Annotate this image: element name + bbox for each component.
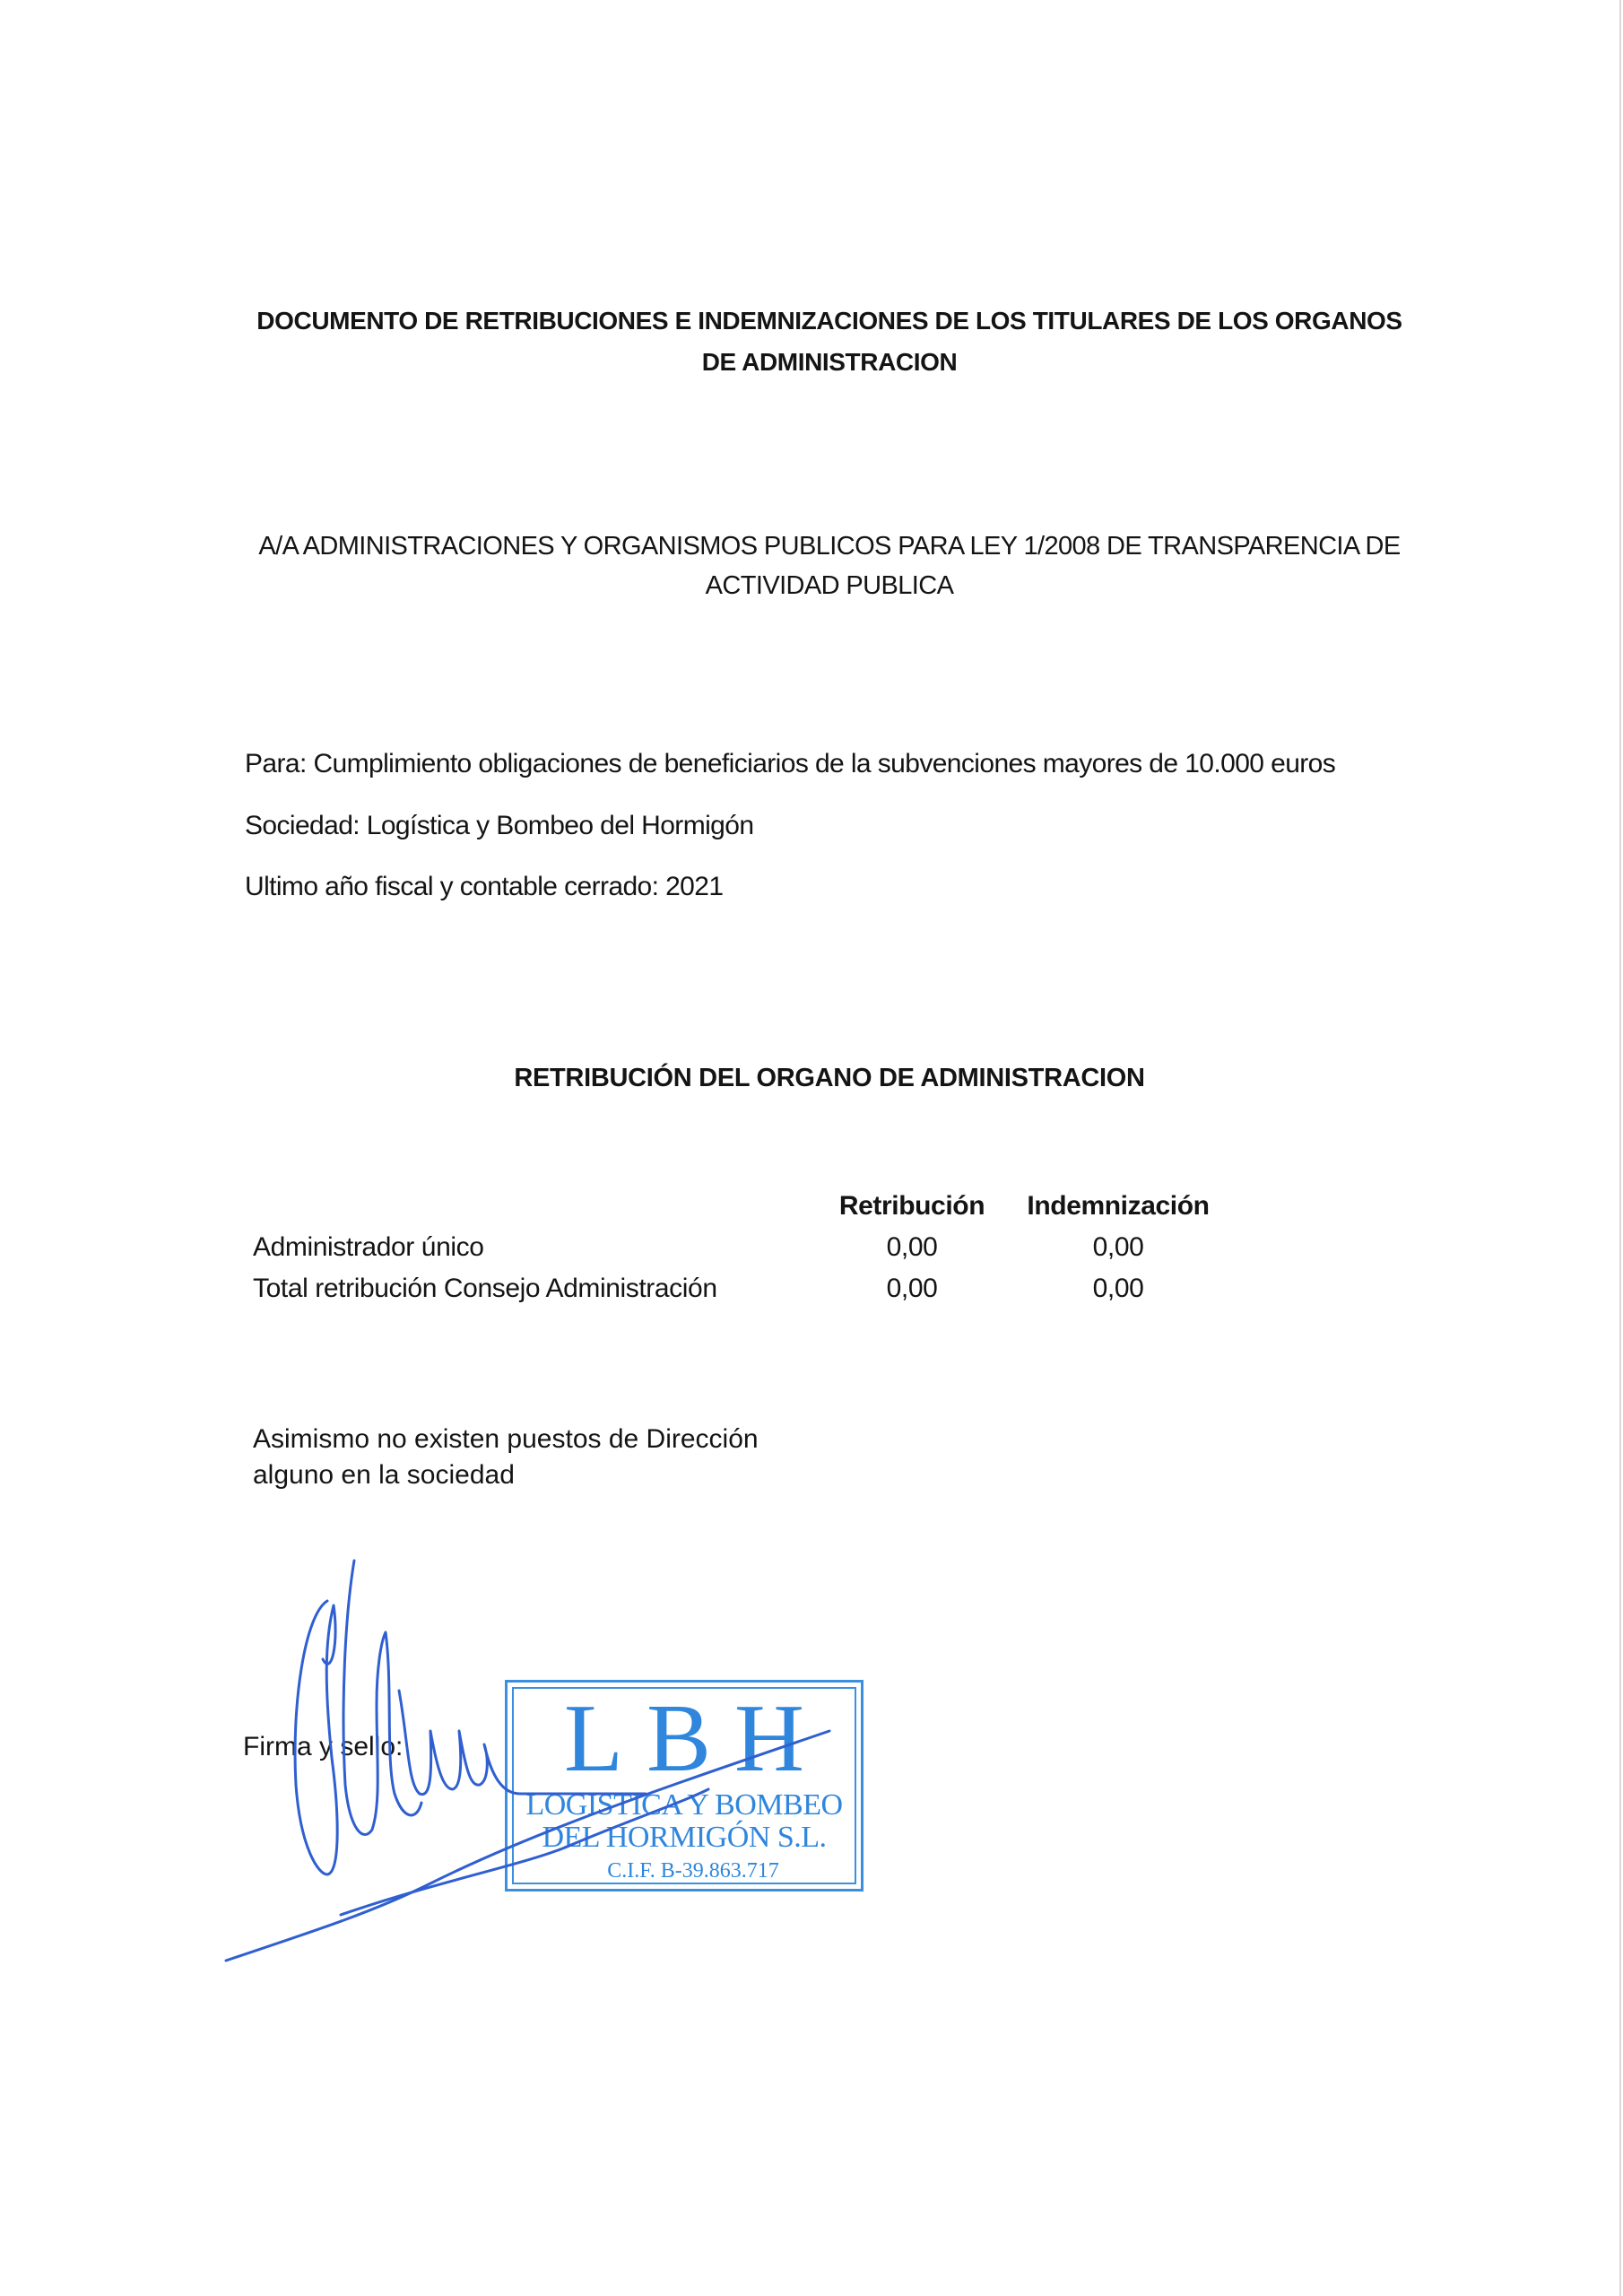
compensation-heading: RETRIBUCIÓN DEL ORGANO DE ADMINISTRACION <box>224 1062 1435 1094</box>
stamp-logo: LBH <box>508 1690 861 1788</box>
table-header-row: Retribución Indemnización <box>253 1186 1221 1227</box>
row-label: Administrador único <box>253 1227 809 1268</box>
stamp-cif: C.I.F. B-39.863.717 <box>508 1858 861 1883</box>
row-label: Total retribución Consejo Administración <box>253 1268 809 1309</box>
company-line: Sociedad: Logística y Bombeo del Hormigó… <box>245 810 753 842</box>
table-row: Administrador único 0,00 0,00 <box>253 1227 1221 1268</box>
row-indemnizacion: 0,00 <box>1015 1227 1221 1268</box>
management-note: Asimismo no existen puestos de Dirección… <box>253 1422 791 1493</box>
compensation-table: Retribución Indemnización Administrador … <box>253 1186 1221 1309</box>
table-row: Total retribución Consejo Administración… <box>253 1268 1221 1309</box>
row-retribucion: 0,00 <box>809 1227 1015 1268</box>
note-line-2: alguno en la sociedad <box>253 1457 791 1493</box>
addressee-line-1: A/A ADMINISTRACIONES Y ORGANISMOS PUBLIC… <box>224 526 1435 566</box>
document-title: DOCUMENTO DE RETRIBUCIONES E INDEMNIZACI… <box>224 300 1435 383</box>
addressee: A/A ADMINISTRACIONES Y ORGANISMOS PUBLIC… <box>224 526 1435 605</box>
column-header-label <box>253 1186 809 1227</box>
column-header-indemnizacion: Indemnización <box>1015 1186 1221 1227</box>
note-line-1: Asimismo no existen puestos de Dirección <box>253 1422 791 1457</box>
document-title-line-2: DE ADMINISTRACION <box>224 342 1435 383</box>
signature-label: Firma y sello: <box>243 1731 403 1763</box>
page-edge <box>1619 0 1621 2296</box>
addressee-line-2: ACTIVIDAD PUBLICA <box>224 566 1435 605</box>
stamp-company-line-1: LOGISTICA Y BOMBEO <box>508 1788 861 1822</box>
fiscal-year-line: Ultimo año fiscal y contable cerrado: 20… <box>245 871 723 903</box>
stamp-company-line-2: DEL HORMIGÓN S.L. <box>508 1821 861 1855</box>
document-title-line-1: DOCUMENTO DE RETRIBUCIONES E INDEMNIZACI… <box>224 300 1435 342</box>
column-header-retribucion: Retribución <box>809 1186 1015 1227</box>
company-stamp: LBH LOGISTICA Y BOMBEO DEL HORMIGÓN S.L.… <box>505 1680 864 1892</box>
purpose-line: Para: Cumplimiento obligaciones de benef… <box>245 748 1335 780</box>
row-indemnizacion: 0,00 <box>1015 1268 1221 1309</box>
row-retribucion: 0,00 <box>809 1268 1015 1309</box>
